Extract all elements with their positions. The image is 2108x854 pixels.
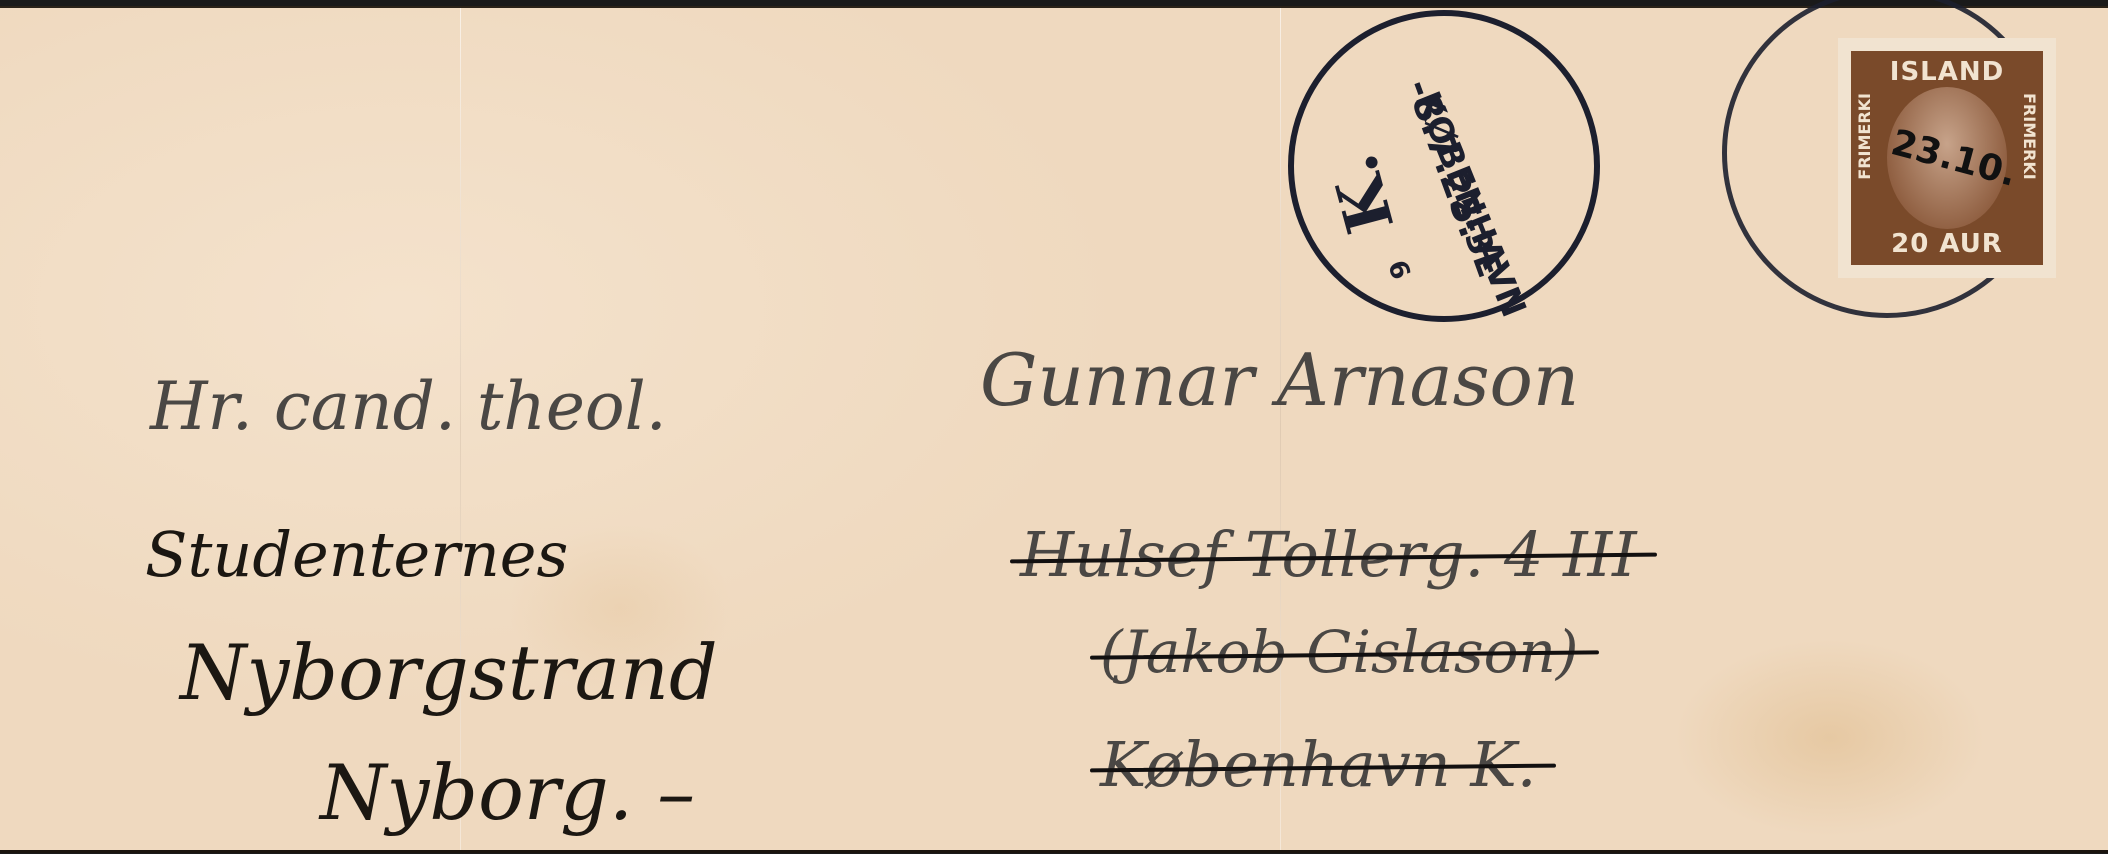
copenhagen-postmark: KØBENHAVN K. -8.7.25. 2-3E 9: [1288, 10, 1600, 322]
envelope: KØBENHAVN K. -8.7.25. 2-3E 9 ISLAND 20 A…: [0, 6, 2108, 853]
address-line-original-3: Nyborg. –: [320, 748, 695, 837]
recipient-name: Gunnar Arnason: [980, 338, 1579, 422]
address-line-struck-1: Hulsef Tollerg. 4 III: [1020, 518, 1637, 591]
stamp-side-left: FRIMERKI: [1855, 93, 1874, 180]
postmark-office: K.: [1317, 146, 1410, 241]
paper-fold: [1280, 8, 1281, 850]
stamp-side-right: FRIMERKI: [2020, 93, 2039, 180]
postmark-number: 9: [1384, 255, 1418, 282]
address-line-struck-3: København K.: [1100, 728, 1536, 801]
address-line-struck-2: (Jakob Gislason): [1100, 618, 1579, 686]
address-line-original-1: Studenternes: [145, 518, 568, 591]
address-line-original-2: Nyborgstrand: [180, 628, 718, 717]
stamp-value: 20 AUR: [1891, 229, 2003, 259]
recipient-title: Hr. cand. theol.: [150, 368, 667, 445]
stamp-country: ISLAND: [1890, 57, 2004, 87]
